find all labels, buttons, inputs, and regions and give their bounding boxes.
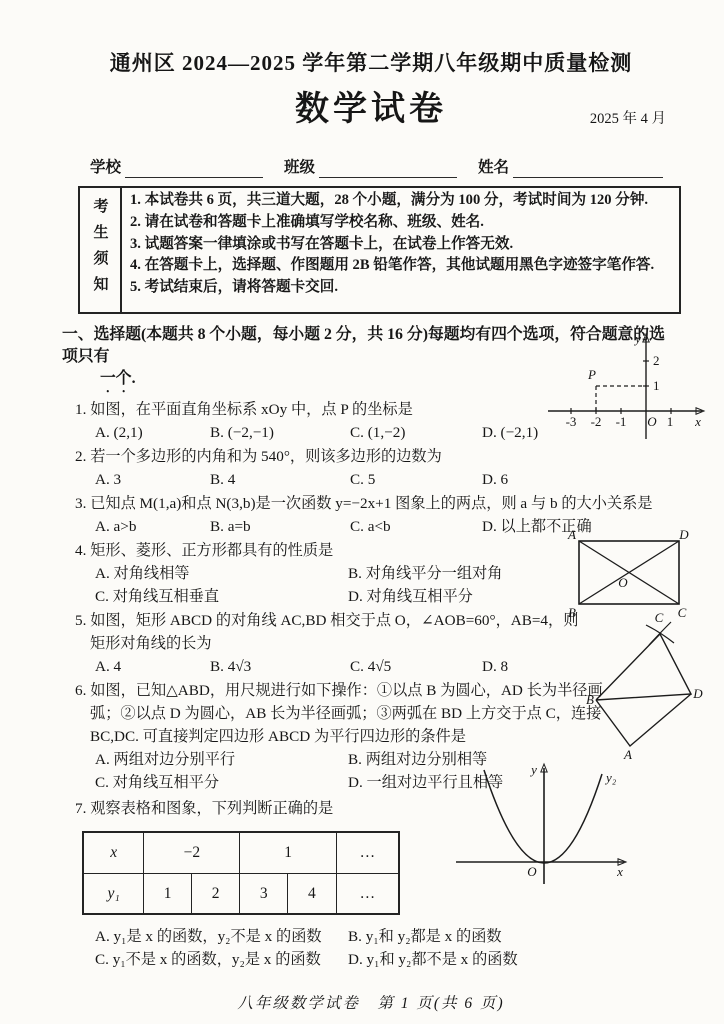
- x-tick: -2: [591, 414, 602, 429]
- notice-side-label: 考生须知: [80, 188, 122, 312]
- option-d: D. y₁和 y₂都不是 x 的函数: [348, 948, 680, 971]
- table-cell: 3: [240, 873, 288, 914]
- option-a: A. a>b: [95, 515, 210, 538]
- class-blank-line: [319, 160, 457, 178]
- notice-box: 考生须知 1. 本试卷共 6 页，共三道大题，28 个小题，满分为 100 分，…: [78, 186, 681, 314]
- exam-title: 通州区 2024—2025 学年第二学期八年级期中质量检测: [62, 50, 680, 76]
- name-label: 姓名: [478, 158, 509, 178]
- table-cell: 4: [288, 873, 337, 914]
- vertex-d-label: D: [692, 686, 703, 701]
- axis-label-y: y: [529, 762, 537, 777]
- exam-date: 2025 年 4 月: [590, 107, 666, 128]
- table-cell: 2: [191, 873, 240, 914]
- table-cell: 1: [144, 873, 192, 914]
- school-field: 学校: [90, 156, 263, 178]
- option-a: A. 4: [95, 655, 210, 678]
- option-a: A. 两组对边分别平行: [95, 748, 348, 771]
- question-2-options: A. 3 B. 4 C. 5 D. 6: [95, 468, 680, 491]
- center-o-label: O: [618, 575, 628, 590]
- school-blank-line: [125, 160, 263, 178]
- option-c: C. y₁不是 x 的函数，y₂是 x 的函数: [95, 948, 348, 971]
- table-cell: x: [83, 832, 144, 873]
- table-row-x: x −2 1 …: [83, 832, 399, 873]
- option-d: D. 6: [482, 468, 680, 491]
- class-field: 班级: [284, 156, 457, 178]
- option-b: B. a=b: [210, 515, 350, 538]
- exam-subject: 数学试卷: [62, 88, 680, 132]
- q7-parabola-figure: y x O y₂: [450, 758, 636, 893]
- notice-item: 5. 考试结束后，请将答题卡交回.: [130, 277, 673, 299]
- y-tick: 2: [653, 353, 660, 368]
- option-c: C. a<b: [350, 515, 482, 538]
- axis-label-x: x: [694, 414, 701, 429]
- table-cell: …: [336, 873, 399, 914]
- vertex-a-label: A: [567, 527, 576, 542]
- option-b: B. 4√3: [210, 655, 350, 678]
- origin-label: O: [647, 414, 657, 429]
- option-b: B. y₁和 y₂都是 x 的函数: [348, 925, 680, 948]
- point-p-label: P: [587, 367, 596, 382]
- table-cell: −2: [144, 832, 240, 873]
- question-7-options-row1: A. y₁是 x 的函数，y₂不是 x 的函数 B. y₁和 y₂都是 x 的函…: [95, 925, 680, 948]
- exam-page: 通州区 2024—2025 学年第二学期八年级期中质量检测 数学试卷 2025 …: [0, 0, 724, 1024]
- table-cell: 1: [240, 832, 336, 873]
- notice-item: 4. 在答题卡上，选择题、作图题用 2B 铅笔作答，其他试题用黑色字迹签字笔作答…: [130, 255, 673, 277]
- option-a: A. 对角线相等: [95, 562, 348, 585]
- option-c: C. 4√5: [350, 655, 482, 678]
- option-a: A. 3: [95, 468, 210, 491]
- question-2: 2. 若一个多边形的内角和为 540°，则该多边形的边数为 A. 3 B. 4 …: [62, 445, 680, 491]
- q7-data-table: x −2 1 … y₁ 1 2 3 4 …: [82, 831, 400, 915]
- notice-item: 2. 请在试卷和答题卡上准确填写学校名称、班级、姓名.: [130, 212, 673, 234]
- origin-label: O: [527, 864, 537, 879]
- notice-item: 3. 试题答案一律填涂或书写在答题卡上，在试卷上作答无效.: [130, 234, 673, 256]
- notice-items: 1. 本试卷共 6 页，共三道大题，28 个小题，满分为 100 分，考试时间为…: [122, 188, 679, 312]
- y-tick: 1: [653, 378, 660, 393]
- question-2-stem: 2. 若一个多边形的内角和为 540°，则该多边形的边数为: [62, 445, 680, 468]
- table-row-y1: y₁ 1 2 3 4 …: [83, 873, 399, 914]
- option-a: A. (2,1): [95, 421, 210, 444]
- q1-coordinate-figure: y x O P -3 -2 -1 1 1 2: [546, 329, 714, 448]
- period: .: [132, 370, 136, 387]
- compass-arc-mark: [649, 622, 671, 645]
- vertex-b-label: B: [586, 692, 594, 707]
- option-c: C. 对角线互相垂直: [95, 585, 348, 608]
- table-cell: y₁: [83, 873, 144, 914]
- x-tick: -1: [616, 414, 627, 429]
- subject-row: 数学试卷 2025 年 4 月: [62, 88, 680, 132]
- option-a: A. y₁是 x 的函数，y₂不是 x 的函数: [95, 925, 348, 948]
- parabola-curve: [484, 770, 602, 863]
- option-b: B. 4: [210, 468, 350, 491]
- page-footer: 八年级数学试卷 第 1 页(共 6 页): [62, 991, 680, 1013]
- emphasized-text: 一个: [100, 370, 132, 387]
- x-tick: 1: [667, 414, 674, 429]
- table-cell: …: [336, 832, 399, 873]
- vertex-c-label: C: [655, 610, 664, 625]
- class-label: 班级: [284, 158, 315, 178]
- option-c: C. (1,−2): [350, 421, 482, 444]
- option-c: C. 5: [350, 468, 482, 491]
- q6-parallelogram-figure: C B D A: [586, 612, 704, 767]
- question-7-options-row2: C. y₁不是 x 的函数，y₂是 x 的函数 D. y₁和 y₂都不是 x 的…: [95, 948, 680, 971]
- axis-label-y: y: [633, 331, 641, 346]
- student-info-row: 学校 班级 姓名: [62, 156, 680, 178]
- vertex-b-label: B: [568, 605, 576, 620]
- name-field: 姓名: [478, 156, 663, 178]
- vertex-d-label: D: [678, 527, 689, 542]
- x-tick: -3: [566, 414, 577, 429]
- curve-label-y2: y₂: [604, 770, 617, 785]
- axis-label-x: x: [616, 864, 623, 879]
- school-label: 学校: [90, 158, 121, 178]
- notice-item: 1. 本试卷共 6 页，共三道大题，28 个小题，满分为 100 分，考试时间为…: [130, 190, 673, 212]
- question-3-stem: 3. 已知点 M(1,a)和点 N(3,b)是一次函数 y=−2x+1 图象上的…: [62, 492, 680, 515]
- name-blank-line: [513, 160, 663, 178]
- option-b: B. (−2,−1): [210, 421, 350, 444]
- option-c: C. 对角线互相平分: [95, 771, 348, 794]
